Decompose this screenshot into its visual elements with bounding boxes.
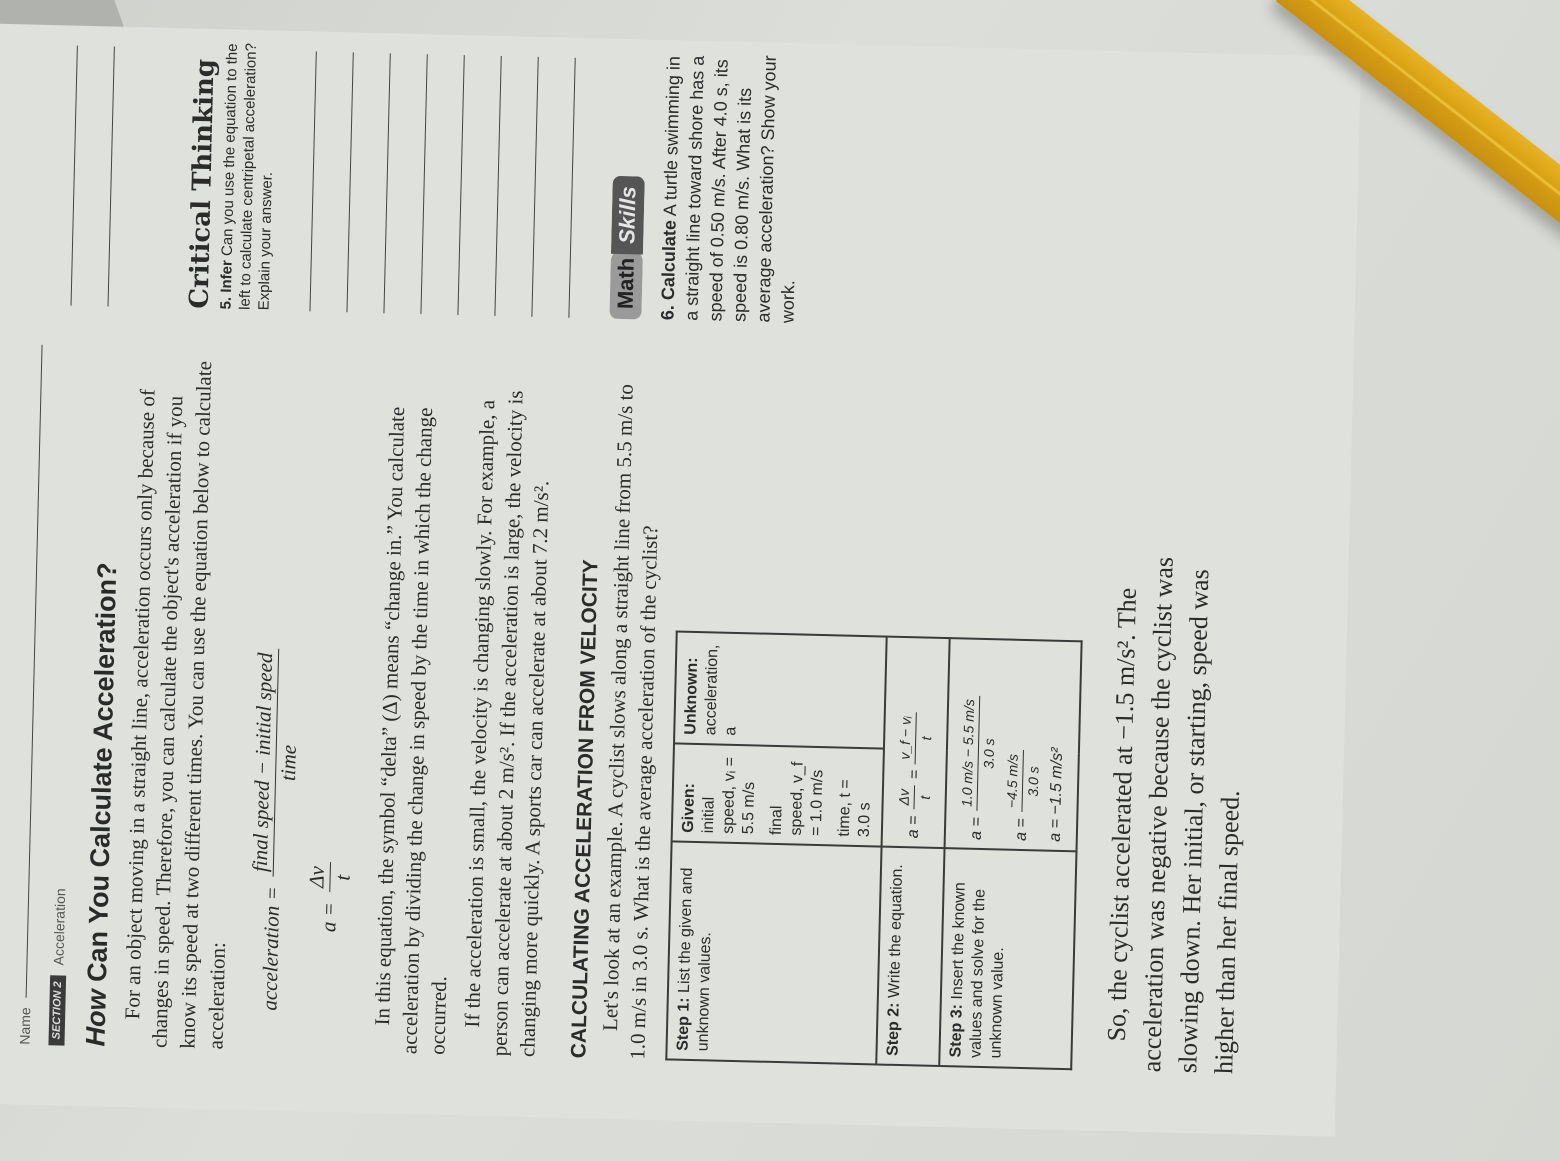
section-header: SECTION 2 Acceleration xyxy=(48,345,81,1045)
eq-num-1: Δv xyxy=(893,785,915,810)
textbook-page: Name SECTION 2 Acceleration How Can You … xyxy=(0,23,1361,1136)
given-cell: Given: initial speed, vᵢ = 5.5 m/s final… xyxy=(672,743,884,846)
q5-number: 5. xyxy=(217,297,234,310)
steps-table: Step 1: List the given and unknown value… xyxy=(665,630,1082,1070)
name-line xyxy=(25,345,42,997)
unknown-title: Unknown: xyxy=(682,657,701,735)
step2-label: Step 2: xyxy=(884,1002,902,1056)
step3-label: Step 3: xyxy=(947,1004,965,1058)
delta-paragraph: In this equation, the symbol “delta” (Δ)… xyxy=(367,353,468,1055)
sidebar-top-lines xyxy=(35,35,192,309)
given-item: final speed, v_f = 1.0 m/s xyxy=(767,755,829,837)
q5-lead: Infer xyxy=(218,260,236,293)
answer-line[interactable] xyxy=(421,54,464,315)
math-skills-badge: Math Skills xyxy=(609,176,644,320)
equals-sign: = xyxy=(905,770,925,780)
sol-fraction: −4.5 m/s3.0 s xyxy=(1001,750,1044,813)
solution-line: a = −4.5 m/s3.0 s xyxy=(1001,649,1047,842)
formula-denominator: time xyxy=(276,745,302,782)
answer-line[interactable] xyxy=(495,56,538,317)
result-line: a = −1.5 m/s² xyxy=(1046,650,1071,842)
critical-thinking-title: Critical Thinking xyxy=(184,38,221,309)
question-5: 5. Infer Can you use the equation to the… xyxy=(216,39,280,310)
answer-line[interactable] xyxy=(35,45,78,306)
sidebar: Critical Thinking 5. Infer Can you use t… xyxy=(35,35,806,324)
example-paragraph: Let's look at an example. A cyclist slow… xyxy=(595,359,668,1060)
answer-line[interactable] xyxy=(310,52,353,313)
eq-num-2: v_f − vᵢ xyxy=(895,712,917,764)
section-badge: SECTION 2 xyxy=(48,975,66,1045)
solution-cell: a = 1.0 m/s − 5.5 m/s3.0 s a = −4.5 m/s3… xyxy=(945,638,1082,851)
sol-num: 1.0 m/s − 5.5 m/s xyxy=(956,695,980,811)
heading-rest: Can You Calculate Acceleration? xyxy=(82,562,122,982)
formula-fraction: final speed − initial speed time xyxy=(248,648,305,877)
table-row: Step 3: Insert the known values and solv… xyxy=(939,638,1081,1069)
step2-text: Write the equation. xyxy=(886,864,906,998)
sol-den: 3.0 s xyxy=(978,738,999,769)
eq-den-2: t xyxy=(916,736,936,740)
equation-cell: a = Δvt = v_f − vᵢt xyxy=(882,637,950,848)
page-header: Name xyxy=(16,345,49,1045)
name-label: Name xyxy=(16,1007,33,1045)
step2-cell: Step 2: Write the equation. xyxy=(876,847,944,1066)
formula-lhs: acceleration = xyxy=(257,886,285,1011)
q6-number: 6. xyxy=(657,305,677,320)
symbol-formula: a = Δv t xyxy=(303,352,368,933)
sol-num: −4.5 m/s xyxy=(1001,750,1024,813)
q6-text: A turtle swimming in a straight line tow… xyxy=(660,55,798,323)
main-column: Name SECTION 2 Acceleration How Can You … xyxy=(16,345,1285,1075)
word-formula: acceleration = final speed − initial spe… xyxy=(244,350,311,1011)
intro-paragraph: For an object moving in a straight line,… xyxy=(117,347,246,1050)
symbol-denominator: t xyxy=(331,874,356,880)
formula-numerator: final speed − initial speed xyxy=(248,648,280,876)
symbol-numerator: Δv xyxy=(304,862,331,892)
equation-line: a = Δvt = v_f − vᵢt xyxy=(893,646,939,839)
eq-fraction-2: v_f − vᵢt xyxy=(895,712,937,764)
given-item: initial speed, vᵢ = 5.5 m/s xyxy=(699,753,761,835)
math-badge-text: Math xyxy=(609,247,643,319)
skills-badge-text: Skills xyxy=(611,176,645,254)
sol-lhs: a = xyxy=(1011,818,1032,841)
unknown-item: acceleration, a xyxy=(701,641,743,736)
eq-den-1: t xyxy=(915,796,935,800)
q6-lead: Calculate xyxy=(658,220,680,301)
examples-paragraph: If the acceleration is small, the veloci… xyxy=(457,355,558,1057)
conclusion-paragraph: So, the cyclist accelerated at −1.5 m/s²… xyxy=(1098,511,1256,1074)
question-6: 6. Calculate A turtle swimming in a stra… xyxy=(655,50,806,323)
heading-how: How xyxy=(80,989,111,1047)
sol-den: 3.0 s xyxy=(1023,766,1044,797)
answer-lines xyxy=(273,41,576,318)
sol-lhs: a = xyxy=(966,817,987,840)
symbol-lhs: a = xyxy=(316,902,342,933)
given-title: Given: xyxy=(680,783,698,833)
answer-line[interactable] xyxy=(532,57,575,318)
eq-lhs: a = xyxy=(903,815,924,838)
step1-label: Step 1: xyxy=(675,997,693,1051)
sol-fraction: 1.0 m/s − 5.5 m/s3.0 s xyxy=(956,695,1000,812)
given-item: time, t = 3.0 s xyxy=(835,756,877,837)
eq-fraction-1: Δvt xyxy=(893,785,935,810)
step3-cell: Step 3: Insert the known values and solv… xyxy=(939,848,1076,1069)
answer-line[interactable] xyxy=(458,55,501,316)
table-row: Step 1: List the given and unknown value… xyxy=(666,631,886,1064)
symbol-fraction: Δv t xyxy=(304,862,356,893)
unknown-cell: Unknown: acceleration, a xyxy=(674,631,887,748)
solution-line: a = 1.0 m/s − 5.5 m/s3.0 s xyxy=(956,647,1002,840)
answer-line[interactable] xyxy=(384,53,427,314)
table-row: Step 2: Write the equation. a = Δvt = v_… xyxy=(876,637,949,1066)
step1-cell: Step 1: List the given and unknown value… xyxy=(666,841,881,1064)
answer-line[interactable] xyxy=(273,51,316,312)
section-title: Acceleration xyxy=(50,888,68,965)
answer-line[interactable] xyxy=(72,46,115,307)
answer-line[interactable] xyxy=(347,52,390,313)
